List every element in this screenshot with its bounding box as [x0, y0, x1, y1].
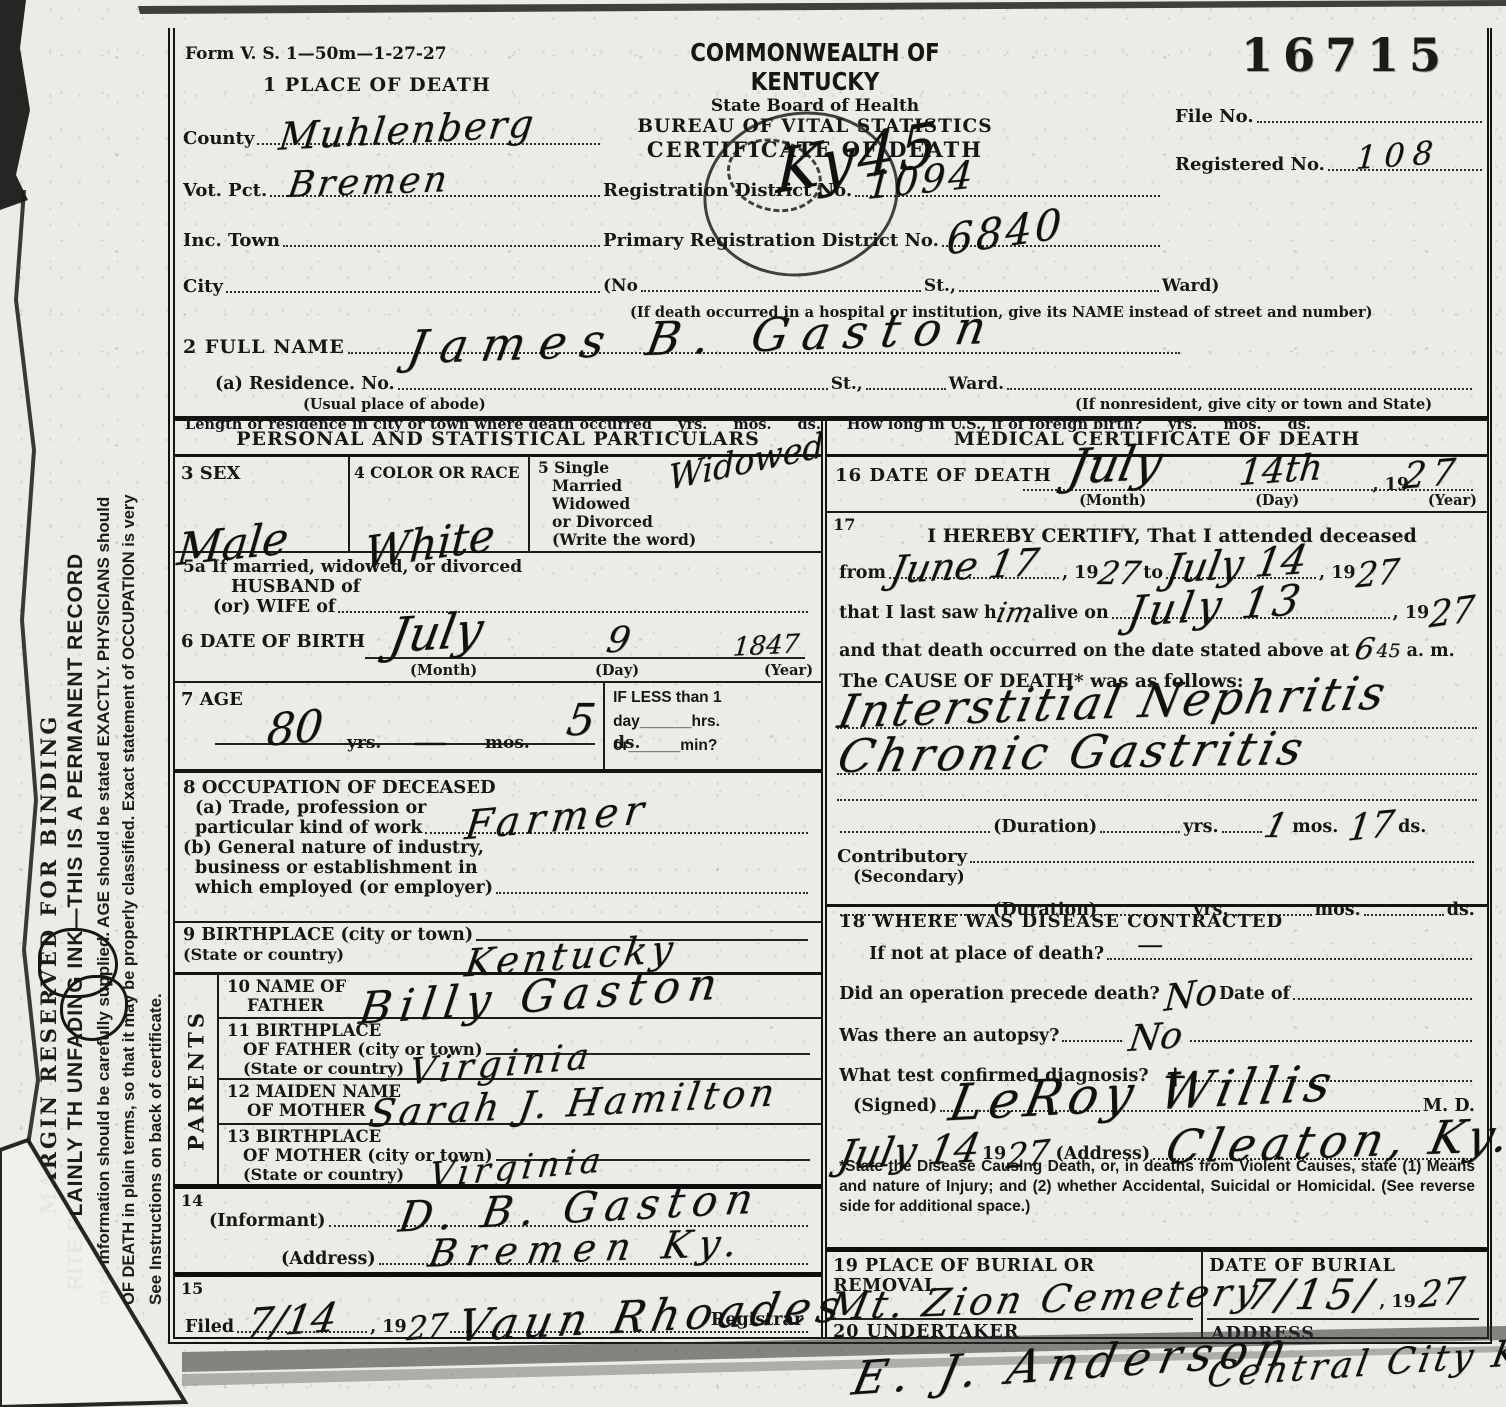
county-value: Muhlenberg: [277, 104, 538, 156]
signature-address-line: Cleaton, Ky.: [1153, 1156, 1472, 1160]
scanned-death-certificate: MARGIN RESERVED FOR BINDING RITE PLAINLY…: [0, 0, 1506, 1407]
age-years-value: 80: [265, 704, 325, 753]
ward-label: Ward): [1162, 276, 1220, 296]
primary-district-line: 6840: [942, 243, 1160, 247]
signed-label: (Signed): [853, 1096, 937, 1116]
last-saw-label: that I last saw h: [839, 603, 997, 623]
filed-date-value: 7/14: [244, 1298, 341, 1345]
stamped-certificate-number: 16715: [1241, 28, 1451, 82]
q3-line: [1190, 1038, 1472, 1042]
ink-blot-2: [60, 975, 128, 1041]
dod-month-value: July: [1064, 438, 1166, 491]
voting-precinct-row: Vot. Pct. Bremen: [183, 180, 603, 201]
parents-label-text: PARENTS: [184, 1008, 209, 1150]
registrar-signature-line: Vaun Rhoades: [450, 1329, 808, 1333]
death-time-hour: 6: [1353, 635, 1377, 665]
if-less-cell: IF LESS than 1 day______hrs. or______min…: [603, 683, 821, 769]
voting-precinct-label: Vot. Pct.: [183, 180, 267, 201]
item5a-line-2: HUSBAND of: [231, 577, 811, 597]
sex-label: 3 SEX: [181, 463, 240, 484]
birthplace-label: 9 BIRTHPLACE (city or town): [183, 925, 473, 945]
form-number: Form V. S. 1—50m—1-27-27: [185, 44, 447, 64]
color-race-label: 4 COLOR OR RACE: [354, 463, 520, 482]
occurred-label: and that death occurred on the date stat…: [839, 641, 1349, 661]
age-months-value: —: [413, 725, 447, 759]
nonresident-note: (If nonresident, give city or town and S…: [1075, 396, 1432, 413]
abode-note: (Usual place of abode): [303, 396, 486, 413]
informant-row: 14 (Informant) D. B. Gaston (Address) Br…: [175, 1189, 821, 1277]
file-no-row: File No.: [1175, 106, 1485, 127]
item5a-line-3: (or) WIFE of: [213, 597, 335, 617]
to-year: 27: [1354, 554, 1401, 593]
signature-year: 27: [1005, 1135, 1052, 1174]
city-line: [226, 289, 600, 293]
filed-date-line: 7/14: [237, 1329, 367, 1333]
dod-label: 16 DATE OF DEATH: [835, 465, 1052, 486]
no-paren-label: (No: [603, 276, 638, 296]
city-label: City: [183, 276, 223, 297]
disease-contracted-block: 18 WHERE WAS DISEASE CONTRACTED If not a…: [827, 907, 1487, 1153]
city-row: City: [183, 276, 603, 297]
personal-column: PERSONAL AND STATISTICAL PARTICULARS 3 S…: [175, 421, 827, 1338]
street-ward-row: (No St., Ward): [603, 276, 1403, 296]
q2-value: No: [1163, 974, 1218, 1018]
am-label: a. m.: [1407, 641, 1455, 661]
age-yrs-label: yrs.: [347, 733, 381, 753]
duration-1-mos: mos.: [1292, 817, 1338, 837]
dob-day-caption: (Day): [595, 662, 639, 679]
county-line: Muhlenberg: [257, 141, 600, 145]
file-no-line: [1257, 119, 1482, 123]
filed-year-value: 27: [405, 1309, 449, 1346]
last-19: , 19: [1393, 603, 1430, 623]
duration-1-yrs: yrs.: [1183, 817, 1218, 837]
occupation-a2: particular kind of work: [195, 818, 422, 838]
date-of-death-row: 16 DATE OF DEATH July 14th , 19 27 (Mont…: [827, 457, 1487, 513]
cause-line-2: Chronic Gastritis: [837, 729, 1477, 775]
q1-line: —: [1107, 956, 1472, 960]
sex-cell: 3 SEX Male: [175, 457, 350, 551]
margin-note-occupation: OF DEATH in plain terms, so that it may …: [120, 494, 139, 1305]
date-of-label: Date of: [1219, 984, 1290, 1004]
age-label: 7 AGE: [181, 689, 243, 710]
residence-st-label: St.,: [831, 374, 863, 394]
age-days-value: 5: [564, 699, 598, 743]
marital-line-3: Widowed: [552, 495, 821, 513]
age-values-cell: 7 AGE 80 yrs. — mos. 5 ds.: [175, 683, 603, 769]
last-saw-value: July 13: [1124, 579, 1307, 634]
file-no-label: File No.: [1175, 106, 1254, 127]
from-value: June 17: [887, 543, 1041, 589]
parents-rows: 10 NAME OF FATHER Billy Gaston 11 BIRTHP…: [219, 975, 821, 1184]
informant-address-value: Bremen Ky.: [425, 1223, 750, 1272]
item18-heading: 18 WHERE WAS DISEASE CONTRACTED: [839, 911, 1475, 932]
st-line: [959, 288, 1159, 292]
mother-bp-l1: 13 BIRTHPLACE: [227, 1127, 813, 1146]
registered-no-label: Registered No.: [1175, 154, 1325, 175]
full-name-line: James B. Gaston: [348, 350, 1180, 354]
registered-no-line: 108: [1328, 167, 1482, 171]
occupation-b-line: [496, 890, 808, 894]
mother-name-row: 12 MAIDEN NAME OF MOTHER Sarah J. Hamilt…: [219, 1080, 821, 1125]
st-label: St.,: [924, 276, 956, 296]
dob-month-value: July: [386, 605, 487, 660]
street-no-line: [641, 288, 921, 292]
dod-year-value: 27: [1401, 454, 1463, 496]
secondary-label: (Secondary): [853, 867, 1477, 886]
last-year: 27: [1428, 591, 1476, 634]
inc-town-row: Inc. Town: [183, 230, 603, 251]
physician-address: Cleaton, Ky.: [1162, 1112, 1506, 1171]
full-name-row: 2 FULL NAME James B. Gaston: [183, 336, 1183, 358]
burial-block: 19 PLACE OF BURIAL OR REMOVAL Mt. Zion C…: [827, 1252, 1487, 1338]
commonwealth-title: COMMONWEALTH OF KENTUCKY: [639, 38, 991, 96]
occupation-line: Farmer: [425, 830, 808, 834]
occupation-row: 8 OCCUPATION OF DECEASED (a) Trade, prof…: [175, 773, 821, 923]
duration-1-label: (Duration): [993, 817, 1097, 837]
voting-precinct-value: Bremen: [286, 162, 453, 204]
last-saw-line: July 13: [1112, 615, 1390, 619]
registered-no-row: Registered No. 108: [1175, 154, 1485, 175]
from-19: , 19: [1062, 563, 1099, 583]
sex-value: Male: [175, 517, 290, 573]
marital-line-5: (Write the word): [552, 531, 821, 549]
county-row: County Muhlenberg: [183, 128, 603, 149]
burial-date-value: 7/15/: [1244, 1274, 1380, 1316]
burial-19: , 19: [1379, 1292, 1416, 1312]
q2-line: [1293, 996, 1472, 1000]
death-time-minutes: 45: [1376, 642, 1400, 661]
parents-block: PARENTS 10 NAME OF FATHER Billy Gaston 1…: [175, 975, 821, 1189]
informant-address-line: Bremen Ky.: [379, 1261, 808, 1265]
item17-number: 17: [833, 515, 855, 534]
alive-on-label: alive on: [1032, 603, 1108, 623]
dob-day-value: 9: [604, 623, 633, 659]
margin-note-age-exactly: m of information should be carefully sup…: [94, 497, 114, 1305]
age-mos-label: mos.: [485, 733, 530, 753]
marital-line-4: or Divorced: [552, 513, 821, 531]
informant-address-label: (Address): [281, 1249, 376, 1269]
certify-block: 17 I HEREBY CERTIFY, That I attended dec…: [827, 513, 1487, 685]
q3-lead: [1062, 1038, 1122, 1042]
dob-year-value: 1847: [732, 631, 800, 661]
residence-st-line: [866, 386, 946, 390]
primary-district-value: 6840: [946, 202, 1065, 261]
occupation-b2: business or establishment in: [195, 858, 811, 878]
filed-label: Filed: [185, 1317, 234, 1337]
item15-number: 15: [181, 1279, 203, 1298]
certificate-columns: PERSONAL AND STATISTICAL PARTICULARS 3 S…: [175, 416, 1487, 1338]
age-row: 7 AGE 80 yrs. — mos. 5 ds. IF LESS than …: [175, 683, 821, 773]
father-birthplace-row: 11 BIRTHPLACE OF FATHER (city or town) (…: [219, 1019, 821, 1080]
full-name-value: James B. Gaston: [404, 304, 1003, 371]
full-name-label: 2 FULL NAME: [183, 336, 345, 358]
q1-label: If not at place of death?: [869, 944, 1104, 964]
residence-ward-line: [1007, 386, 1472, 390]
signature-date: July 14: [835, 1128, 983, 1176]
q2-label: Did an operation precede death?: [839, 984, 1160, 1004]
if-less-line-1: IF LESS than 1: [613, 689, 817, 707]
from-line: June 17: [889, 575, 1059, 579]
registered-no-value: 108: [1355, 136, 1442, 174]
dob-year-caption: (Year): [764, 662, 813, 679]
county-label: County: [183, 128, 254, 149]
to-19: , 19: [1319, 563, 1356, 583]
residence-no-line: [398, 386, 828, 390]
from-year: 27: [1095, 557, 1143, 589]
voting-precinct-line: Bremen: [270, 193, 600, 197]
margin-note-permanent-record: RITE PLAINLY TH UNFADING INK—THIS IS A P…: [64, 553, 88, 1290]
dod-day-value: 14th: [1237, 450, 1324, 492]
duration-1-gap: [1100, 829, 1180, 833]
if-less-line-2: day______hrs.: [613, 713, 817, 731]
occupation-b3: which employed (or employer): [195, 878, 493, 898]
dod-month-caption: (Month): [1079, 492, 1146, 509]
signed-line: LeRoy Willis: [940, 1108, 1420, 1112]
sex-color-marital-row: 3 SEX Male 4 COLOR OR RACE White 5 Singl…: [175, 457, 821, 553]
registration-district-line: 1094: [855, 193, 1160, 197]
contributory-line: [970, 859, 1474, 863]
burial-place-cell: 19 PLACE OF BURIAL OR REMOVAL Mt. Zion C…: [827, 1252, 1203, 1338]
filed-19: , 19: [370, 1317, 407, 1337]
informant-label: (Informant): [209, 1211, 326, 1231]
dob-month-caption: (Month): [410, 662, 477, 679]
if-less-line-3: or______min?: [613, 737, 817, 755]
cause-block: Interstitial Nephritis Chronic Gastritis…: [827, 685, 1487, 907]
duration-1-gap2: [1222, 829, 1262, 833]
q3-label: Was there an autopsy?: [839, 1026, 1059, 1046]
residence-ward-label: Ward.: [949, 374, 1004, 394]
residence-label: (a) Residence. No.: [215, 374, 395, 394]
inc-town-line: [283, 243, 600, 247]
dob-label: 6 DATE OF BIRTH: [181, 631, 365, 652]
item14-number: 14: [181, 1191, 203, 1210]
duration-1-ds: ds.: [1398, 817, 1426, 837]
margin-note-instructions: See Instructions on back of certificate.: [146, 993, 166, 1305]
dod-day-caption: (Day): [1255, 492, 1299, 509]
to-label: to: [1143, 563, 1163, 583]
burial-year-value: 27: [1417, 1273, 1466, 1314]
q3-value: No: [1127, 1018, 1185, 1058]
inc-town-label: Inc. Town: [183, 230, 280, 251]
marital-cell: 5 Single Married Widowed or Divorced (Wr…: [530, 457, 821, 551]
color-race-cell: 4 COLOR OR RACE White: [350, 457, 530, 551]
him-value: im: [994, 599, 1035, 627]
date-of-birth-row: 6 DATE OF BIRTH July 9 1847 (Month) (Day…: [175, 625, 821, 683]
q1-value: —: [1137, 932, 1163, 958]
occupation-label: 8 OCCUPATION OF DECEASED: [183, 777, 811, 798]
parents-vertical-label: PARENTS: [175, 975, 219, 1184]
place-of-death-heading: 1 PLACE OF DEATH: [263, 74, 491, 96]
residence-row: (a) Residence. No. St., Ward.: [215, 374, 1475, 394]
duration-1-row: (Duration) yrs. 1 mos. 17 ds.: [837, 801, 1477, 837]
duration-1-lead: [840, 829, 990, 833]
cause-2-value: Chronic Gastritis: [834, 725, 1312, 779]
cause-line-1: Interstitial Nephritis: [837, 685, 1477, 729]
father-name-row: 10 NAME OF FATHER Billy Gaston: [219, 975, 821, 1019]
registrar-signature: Vaun Rhoades: [454, 1285, 850, 1350]
filed-row: 15 Filed 7/14 , 19 27 Vaun Rhoades Regis…: [175, 1277, 821, 1338]
contributory-label: Contributory: [837, 846, 967, 867]
duration-1-ds-value: 17: [1346, 806, 1397, 848]
medical-column: MEDICAL CERTIFICATE OF DEATH 16 DATE OF …: [827, 421, 1487, 1338]
from-label: from: [839, 563, 886, 583]
